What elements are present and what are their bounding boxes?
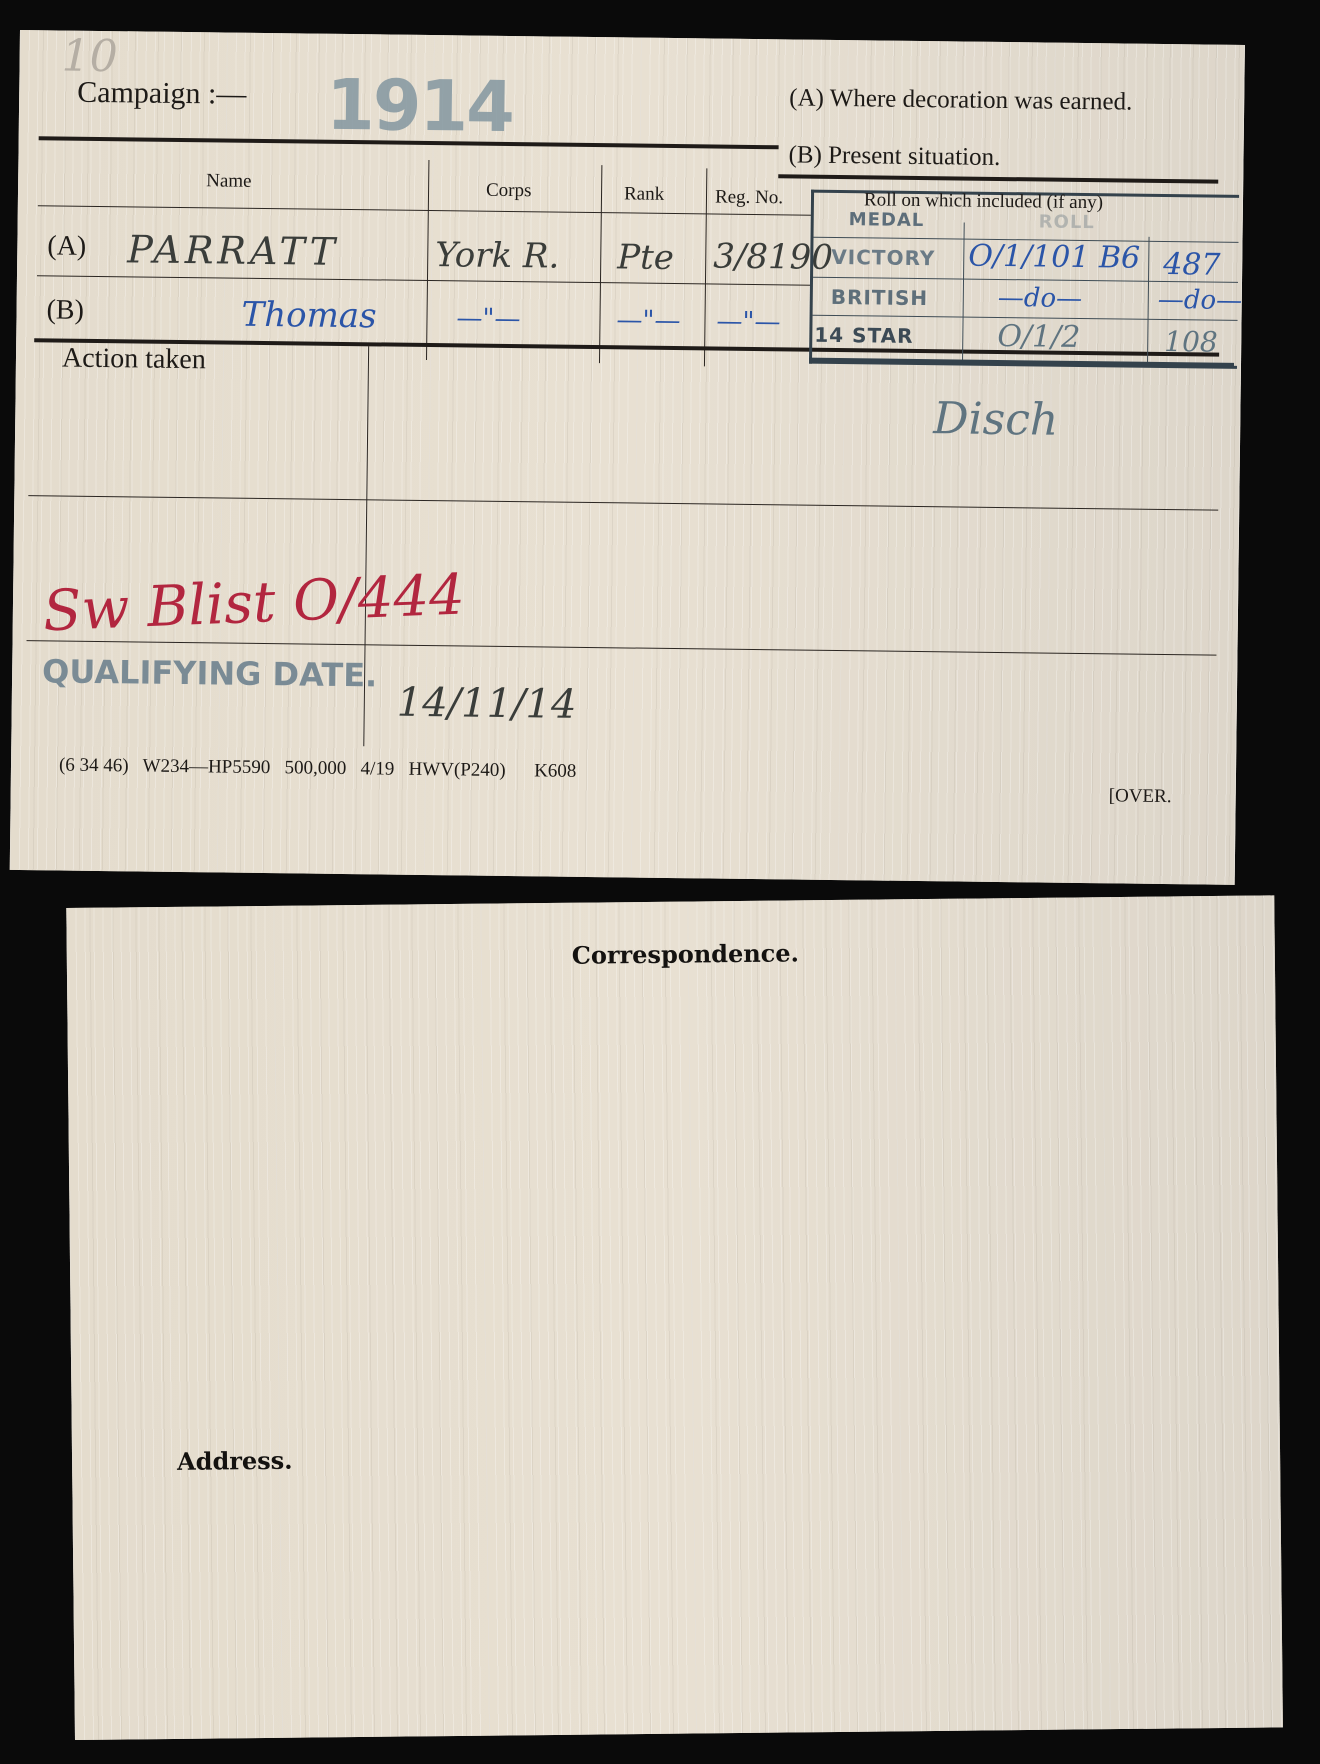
roll-ref-star: O/1/2 — [997, 319, 1080, 355]
over-marker: [OVER. — [1109, 785, 1172, 808]
col-divider-rank — [704, 168, 707, 366]
row-a-rank: Pte — [617, 237, 674, 278]
header-reg-no: Reg. No. — [715, 187, 783, 210]
roll-page-victory: 487 — [1163, 247, 1221, 283]
header-corps: Corps — [486, 180, 532, 203]
roll-col-roll: ROLL — [1039, 211, 1095, 233]
roll-col-medal: MEDAL — [849, 209, 925, 231]
row-b-rank: —"— — [616, 305, 680, 336]
roll-page-star: 108 — [1164, 325, 1218, 359]
campaign-year-stamp: 1914 — [326, 64, 514, 148]
roll-divider-2 — [1147, 237, 1150, 365]
divider-top-right — [778, 174, 1218, 183]
roll-medal-star: 14 STAR — [814, 323, 913, 348]
red-roll-note: Sw Blist O/444 — [42, 562, 466, 644]
medal-index-card-front: 10 Campaign :— 1914 (A) Where decoration… — [10, 30, 1245, 885]
row-a-label: (A) — [47, 230, 86, 262]
action-note-disch: Disch — [933, 393, 1059, 446]
qualifying-date-value: 14/11/14 — [397, 680, 577, 728]
address-heading: Address. — [177, 1446, 293, 1476]
roll-medal-victory: VICTORY — [831, 245, 935, 270]
correspondence-heading: Correspondence. — [572, 938, 799, 969]
row-b-corps: —"— — [456, 303, 520, 334]
header-rank: Rank — [624, 183, 664, 205]
action-taken-label: Action taken — [62, 343, 206, 377]
col-divider-corps — [599, 165, 602, 363]
row-b-reg-no: —"— — [716, 307, 780, 338]
roll-page-british: —do— — [1158, 285, 1243, 316]
legend-present-situation: (B) Present situation. — [788, 141, 1000, 172]
roll-medal-british: BRITISH — [831, 285, 929, 310]
roll-ref-victory: O/1/101 B6 — [968, 239, 1140, 276]
medal-roll-stamp: Roll on which included (if any) MEDAL RO… — [809, 190, 1239, 369]
qualifying-date-stamp: QUALIFYING DATE. — [42, 652, 378, 694]
row-a-surname: PARRATT — [127, 227, 339, 274]
campaign-label: Campaign :— — [77, 76, 247, 112]
row-b-forename: Thomas — [241, 295, 376, 337]
corner-pencil-note: 10 — [61, 31, 118, 83]
row-a-corps: York R. — [435, 235, 560, 277]
row-a-underline — [37, 275, 812, 285]
medal-index-card-back: Correspondence. Address. — [66, 895, 1283, 1740]
roll-ref-british: —do— — [998, 283, 1083, 314]
row-b-label: (B) — [46, 294, 84, 326]
print-code: (6 34 46) W234—HP5590 500,000 4/19 HWV(P… — [59, 755, 577, 783]
header-underline — [38, 205, 813, 215]
roll-divider-1 — [962, 223, 965, 363]
legend-where-earned: (A) Where decoration was earned. — [789, 84, 1132, 116]
header-name: Name — [206, 170, 252, 193]
action-line-1 — [28, 495, 1218, 511]
col-divider-name — [426, 160, 429, 360]
